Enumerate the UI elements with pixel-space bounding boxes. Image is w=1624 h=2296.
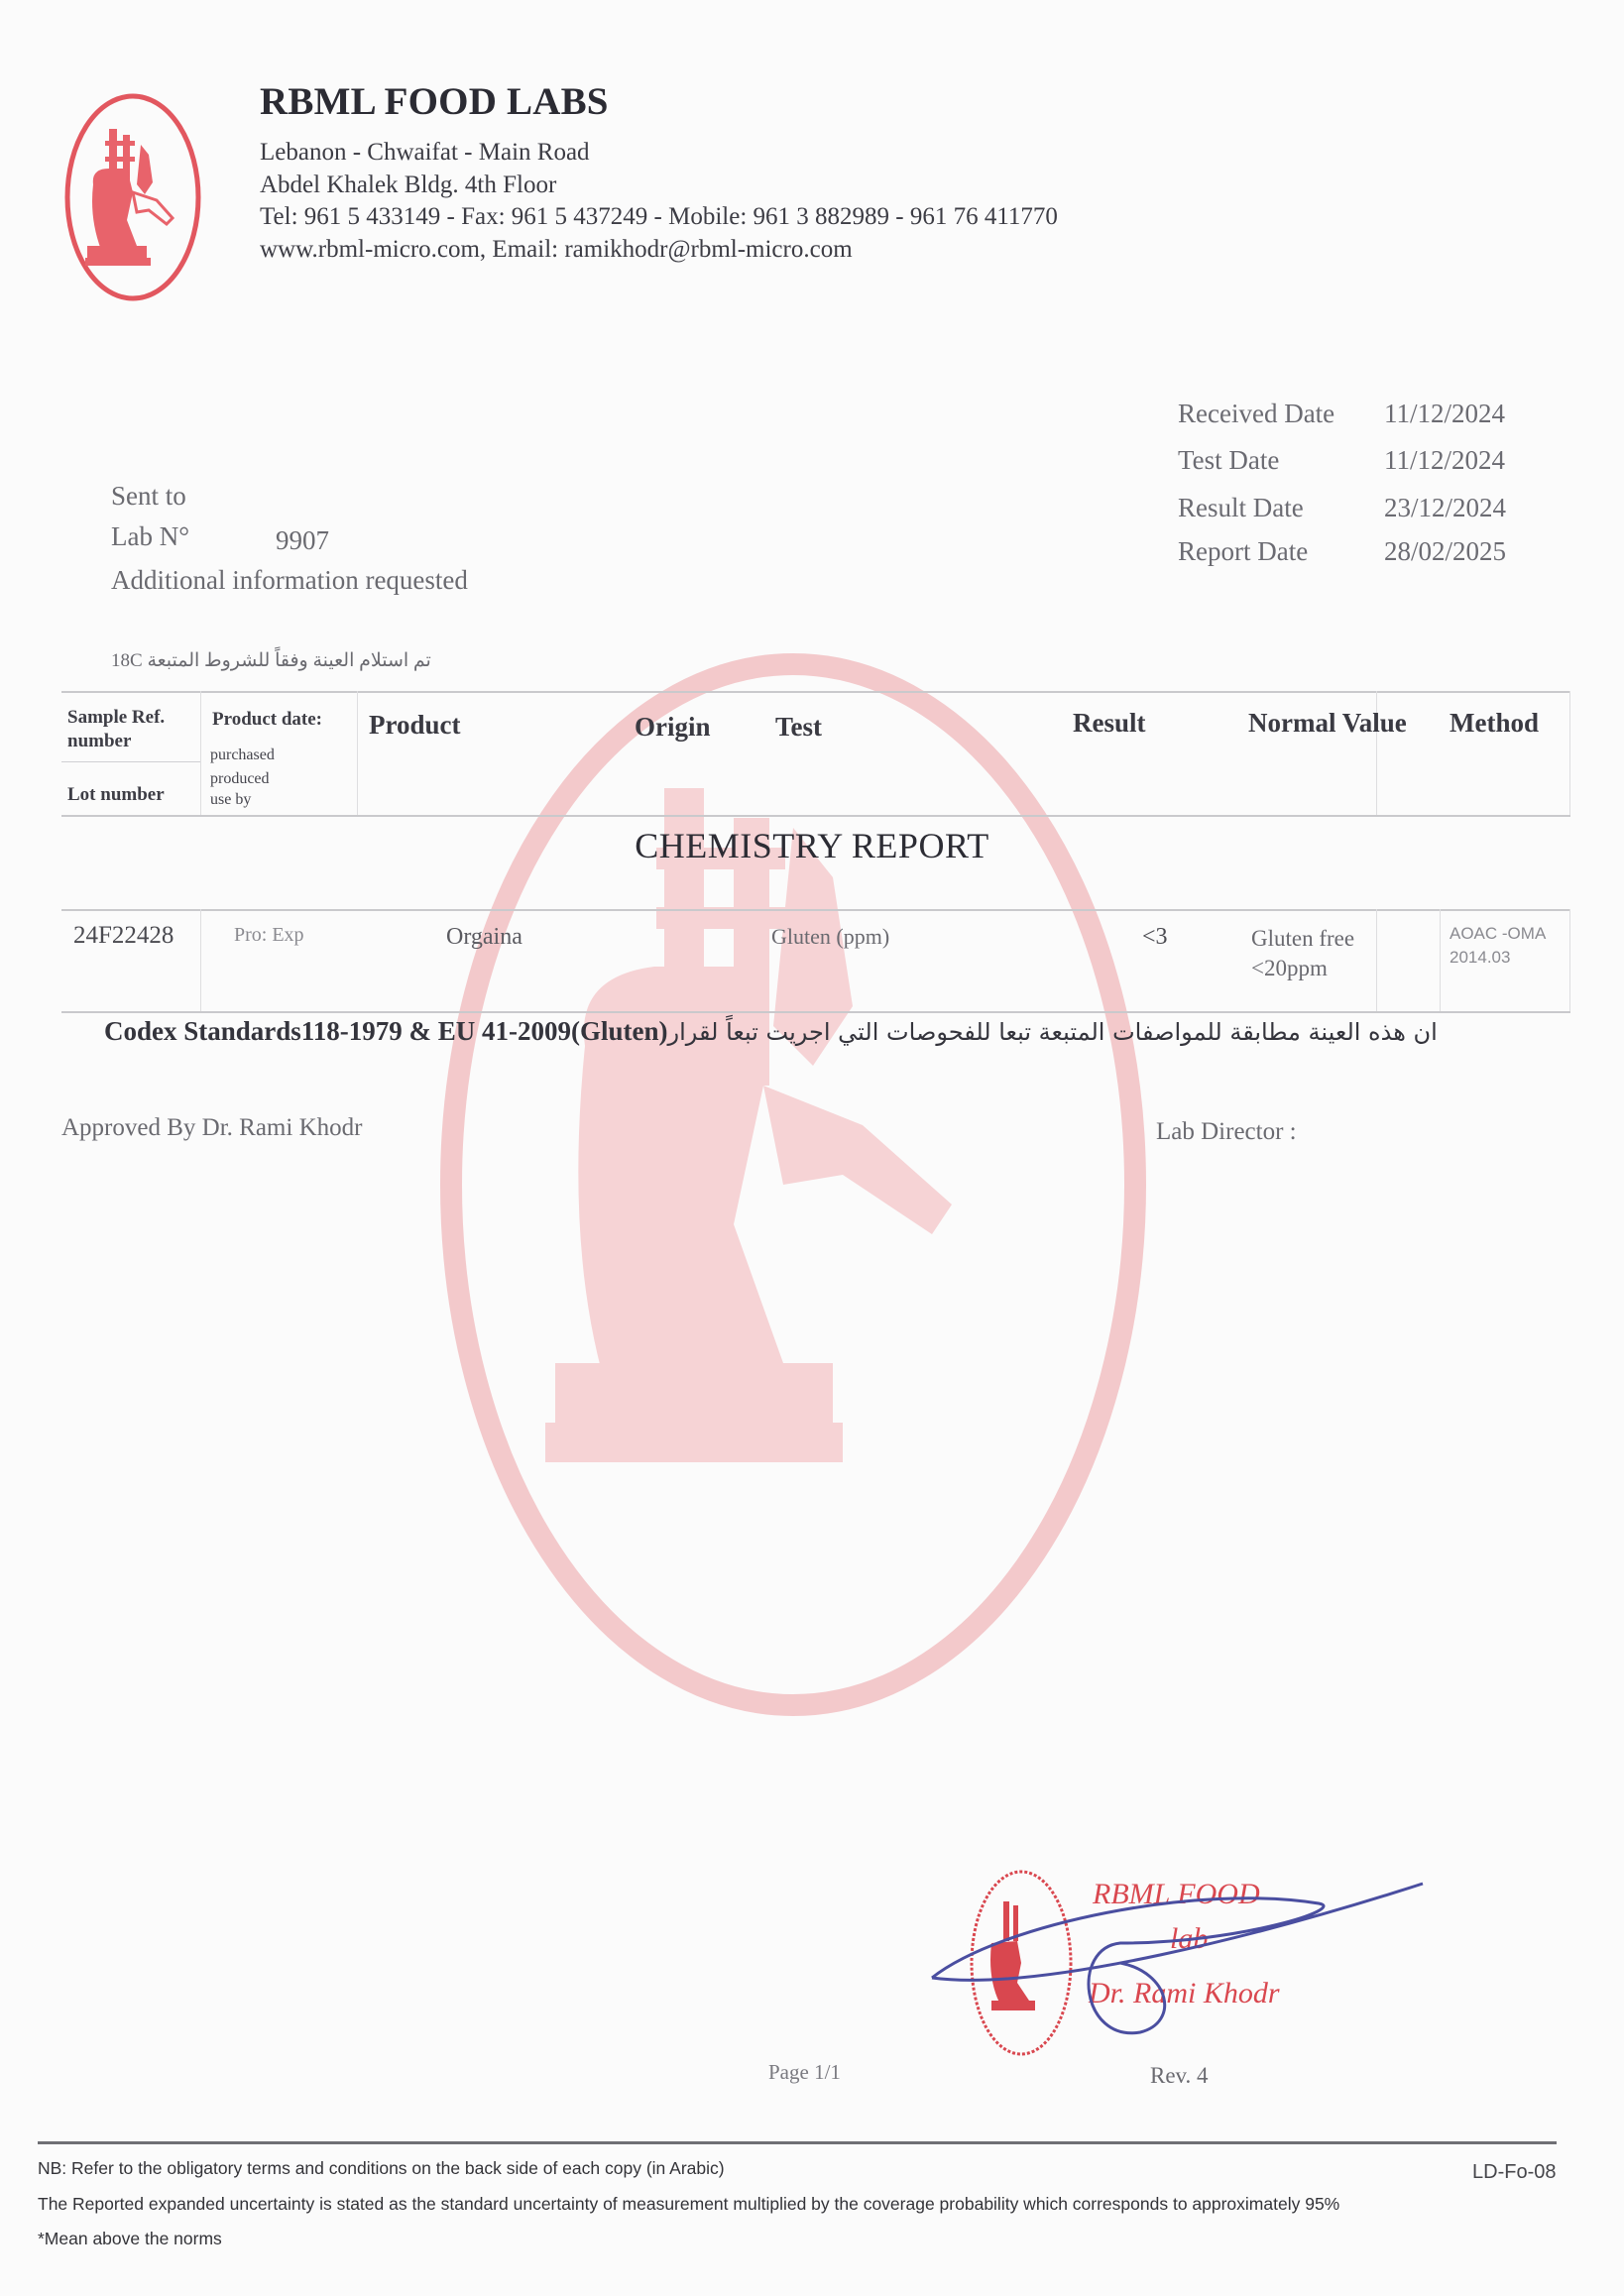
receipt-note-arabic: تم استلام العينة وفقاً للشروط المتبعة 18… <box>111 649 431 672</box>
lab-logo-icon <box>61 89 204 305</box>
sent-to-label: Sent to <box>111 481 186 512</box>
conclusion-statement: Codex Standards118-1979 & EU 41-2009(Glu… <box>104 1016 1472 1047</box>
footer-rule <box>38 2141 1557 2144</box>
table-row-top-rule <box>61 909 1570 911</box>
col-divider <box>1440 909 1441 1011</box>
table-row-bottom-rule <box>61 1011 1570 1013</box>
received-date-label: Received Date <box>1178 399 1334 429</box>
form-code: LD-Fo-08 <box>1472 2161 1556 2184</box>
header-origin: Origin <box>635 712 711 743</box>
conclusion-arabic: ان هذه العينة مطابقة للمواصفات المتبعة ت… <box>668 1018 1438 1046</box>
report-date-label: Report Date <box>1178 536 1308 567</box>
lab-no-value: 9907 <box>276 525 329 556</box>
header-sample-ref: Sample Ref. number <box>67 706 165 753</box>
col-divider <box>1569 691 1570 815</box>
footer-terms-note: NB: Refer to the obligatory terms and co… <box>38 2158 725 2179</box>
result-date-value: 23/12/2024 <box>1384 493 1506 523</box>
col-divider <box>200 691 201 815</box>
svg-text:RBML FOOD: RBML FOOD <box>1092 1878 1260 1910</box>
lab-director-label: Lab Director : <box>1156 1118 1297 1146</box>
header-method: Method <box>1450 708 1539 739</box>
footer-mean-note: *Mean above the norms <box>38 2229 222 2249</box>
approved-by: Approved By Dr. Rami Khodr <box>61 1114 362 1142</box>
address-line-2: Abdel Khalek Bldg. 4th Floor <box>260 172 556 199</box>
page-number: Page 1/1 <box>768 2060 841 2085</box>
footer-uncertainty-note: The Reported expanded uncertainty is sta… <box>38 2194 1339 2215</box>
table-header-rule <box>61 815 1570 817</box>
header-result: Result <box>1073 708 1146 739</box>
contact-line: Tel: 961 5 433149 - Fax: 961 5 437249 - … <box>260 203 1058 231</box>
lab-no-label: Lab N° <box>111 521 189 552</box>
header-product: Product <box>369 710 461 741</box>
conclusion-english: Codex Standards118-1979 & EU 41-2009(Glu… <box>104 1016 668 1046</box>
table-top-rule <box>61 691 1570 693</box>
col-divider <box>357 691 358 815</box>
header-product-date: Product date: <box>212 708 322 732</box>
address-line-1: Lebanon - Chwaifat - Main Road <box>260 139 590 167</box>
report-date-value: 28/02/2025 <box>1384 536 1506 567</box>
cell-sample-ref: 24F22428 <box>73 922 174 950</box>
additional-info-label: Additional information requested <box>111 565 468 596</box>
cell-test: Gluten (ppm) <box>771 924 889 950</box>
cell-result: <3 <box>1142 924 1168 951</box>
lab-name: RBML FOOD LABS <box>260 79 609 124</box>
header-normal-value: Normal Value <box>1248 708 1407 739</box>
header-test: Test <box>775 712 822 743</box>
svg-text:Dr. Rami Khodr: Dr. Rami Khodr <box>1088 1977 1280 2009</box>
col-divider <box>1569 909 1570 1011</box>
lab-stamp-signature-icon: RBML FOOD lab Dr. Rami Khodr <box>922 1864 1438 2062</box>
web-email-line: www.rbml-micro.com, Email: ramikhodr@rbm… <box>260 236 853 264</box>
header-lot-number: Lot number <box>67 783 165 807</box>
cell-normal-value: Gluten free <20ppm <box>1251 926 1354 981</box>
test-date-label: Test Date <box>1178 445 1279 476</box>
cell-product: Orgaina <box>446 924 522 951</box>
watermark-logo-icon <box>436 649 1150 1720</box>
report-title: CHEMISTRY REPORT <box>0 825 1624 866</box>
cell-method: AOAC -OMA 2014.03 <box>1450 924 1546 968</box>
revision-label: Rev. 4 <box>1150 2063 1209 2089</box>
test-date-value: 11/12/2024 <box>1384 445 1505 476</box>
header-product-date-sub: purchased produced use by <box>210 744 275 812</box>
col-divider <box>200 909 201 1011</box>
received-date-value: 11/12/2024 <box>1384 399 1505 429</box>
cell-product-date: Pro: Exp <box>234 924 304 947</box>
col-divider <box>1376 909 1377 1011</box>
sample-lot-divider <box>61 761 200 762</box>
result-date-label: Result Date <box>1178 493 1304 523</box>
